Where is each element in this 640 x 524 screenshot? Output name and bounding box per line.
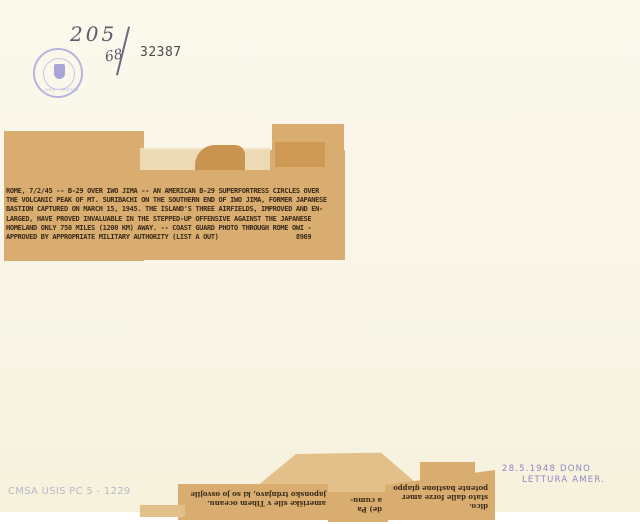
archive-pencil-mark: CMSA USIS PC 5 - 1229 (8, 486, 131, 497)
shield-icon (54, 64, 65, 79)
seal-stamp: USIS · TRIESTE (33, 48, 83, 98)
caption-line: BASTION CAPTURED ON MARCH 15, 1945. THE … (6, 205, 346, 214)
clipping-line: japonsko trdnjavo, ki so jo osvojile (186, 490, 326, 499)
tape-scrap-left (140, 505, 185, 517)
flipped-clipping-text-mid: de) Paa cumu- (330, 496, 382, 514)
clipping-line: stato dalle forze amer (388, 493, 488, 502)
flipped-clipping-text-left: ameriške sile v Tihem oceanu.japonsko tr… (186, 490, 326, 508)
photo-caption: ROME, 7/2/45 -- B-29 OVER IWO JIMA -- AN… (6, 187, 346, 242)
handwritten-number-top: 205 (70, 22, 117, 46)
serial-stamp-number: 32387 (140, 45, 182, 60)
clipping-line: dico. (388, 502, 488, 511)
caption-line: HOMELAND ONLY 750 MILES (1200 KM) AWAY. … (6, 224, 346, 233)
caption-line: APPROVED BY APPROPRIATE MILITARY AUTHORI… (6, 233, 346, 242)
caption-line: THE VOLCANIC PEAK OF MT. SURIBACHI ON TH… (6, 196, 346, 205)
caption-line: LARGED, HAVE PROVED INVALUABLE IN THE ST… (6, 215, 346, 224)
tape-dark-patch (275, 142, 325, 167)
clipping-line: potente bastione giappo (388, 484, 488, 493)
clipping-line: ameriške sile v Tihem oceanu. (186, 499, 326, 508)
flipped-clipping-text-right: dico.stato dalle forze amerpotente basti… (388, 484, 488, 511)
clipping-line: de) Pa (330, 505, 382, 514)
clipping-line: a cumu- (330, 496, 382, 505)
donation-stamp-source: LETTURA AMER. (522, 475, 605, 485)
donation-stamp-date: 28.5.1948 DONO (502, 464, 591, 474)
seal-text: USIS · TRIESTE (45, 87, 79, 92)
caption-line: ROME, 7/2/45 -- B-29 OVER IWO JIMA -- AN… (6, 187, 346, 196)
tape-stain (195, 145, 245, 170)
